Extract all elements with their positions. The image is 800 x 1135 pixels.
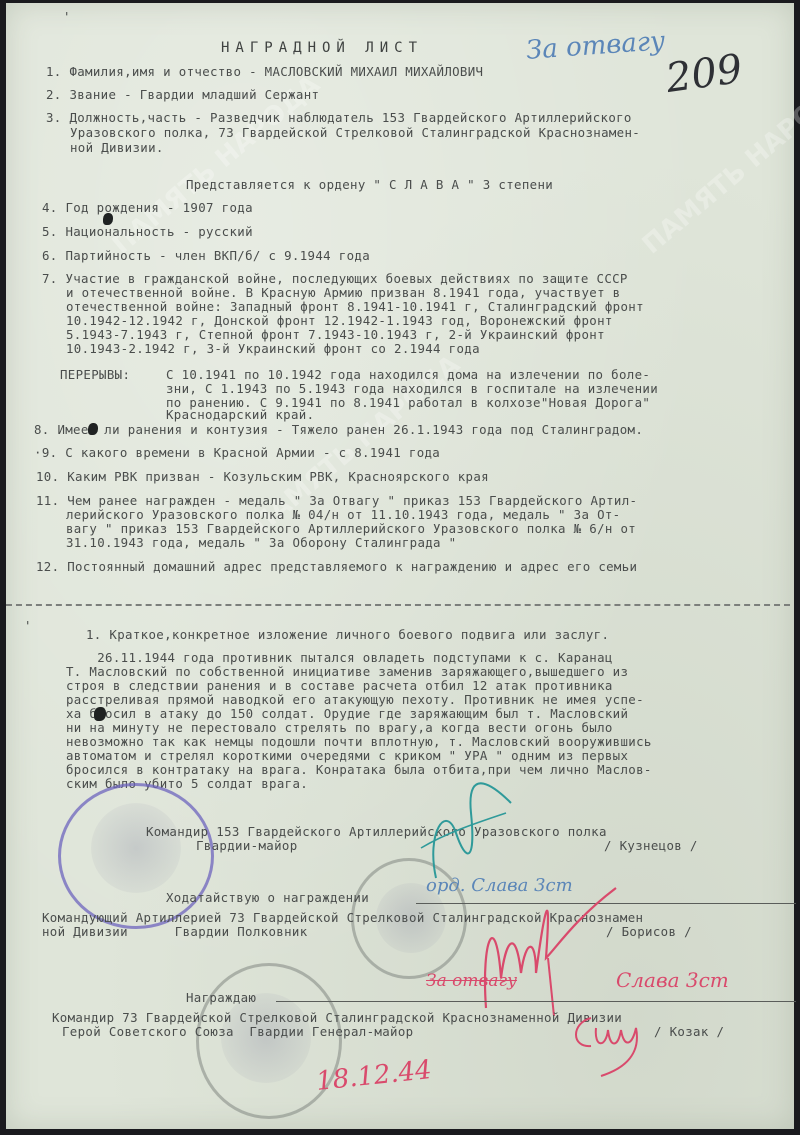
commander1-title: Командир 153 Гвардейского Артиллерийског…	[146, 825, 607, 839]
feat-line: автоматом и стрелял короткими очередями …	[66, 749, 628, 763]
field-7-line: 10.1942-12.1942 г, Донской фронт 12.1942…	[66, 314, 613, 328]
award-line	[276, 1001, 796, 1002]
field-2: 2. Звание - Гвардии младший Сержант	[46, 88, 319, 102]
nomination-line: Представляется к ордену " С Л А В А " 3 …	[186, 178, 553, 192]
handwritten-crossed-note: За отвагу	[426, 971, 517, 991]
field-11: 11. Чем ранее награжден - медаль " За От…	[36, 494, 637, 508]
commander1-rank: Гвардии-майор	[196, 839, 298, 853]
watermark: ПАМЯТЬ НАРОДА	[639, 72, 800, 258]
margin-mark: '	[63, 10, 71, 24]
feat-line: 26.11.1944 года противник пытался овладе…	[66, 651, 613, 665]
field-3-line: ной Дивизии.	[70, 141, 164, 155]
feat-line: расстреливая прямой наводкой его атакующ…	[66, 693, 644, 707]
section-divider	[6, 604, 790, 606]
feat-line: ха бросил в атаку до 150 солдат. Орудие …	[66, 707, 628, 721]
field-7-line: отечественной войне: Западный фронт 8.19…	[66, 300, 644, 314]
field-12: 12. Постоянный домашний адрес представля…	[36, 560, 637, 574]
commander3-title: Командир 73 Гвардейской Стрелковой Стали…	[52, 1011, 622, 1025]
field-3-line: Уразовского полка, 73 Гвардейской Стрелк…	[70, 126, 640, 140]
signature-borisov	[466, 878, 626, 1018]
margin-mark: '	[24, 619, 32, 633]
field-7-line: 10.1943-2.1942 г, 3-й Украинский фронт с…	[66, 342, 480, 356]
field-7-line: и отечественной войне. В Красную Армию п…	[66, 286, 621, 300]
award-label: Награждаю	[186, 991, 256, 1005]
field-4: 4. Год рождения - 1907 года	[42, 201, 253, 215]
signature-kuznetsov	[416, 793, 516, 883]
feat-line: невозможно так как немцы подошли почти в…	[66, 735, 652, 749]
stamp-emblem	[91, 803, 181, 893]
feat-line: Т. Масловский по собственной инициативе …	[66, 665, 628, 679]
signature-kozak	[566, 1008, 666, 1078]
handwritten-top-note: За отвагу	[525, 26, 666, 66]
breaks-line: Краснодарский край.	[166, 408, 314, 422]
field-11-line: лерийского Уразовского полка № 04/н от 1…	[66, 508, 621, 522]
field-7: 7. Участие в гражданской войне, последую…	[42, 272, 628, 286]
petition-label: Ходатайствую о награждении	[166, 891, 369, 905]
feat-line: бросился в контратаку на врага. Конратак…	[66, 763, 652, 777]
field-1: 1. Фамилия,имя и отчество - МАСЛОВСКИЙ М…	[46, 65, 483, 79]
ink-blot	[88, 423, 98, 435]
breaks-line: зни, С 1.1943 по 5.1943 года находился в…	[166, 382, 658, 396]
feat-heading: 1. Краткое,конкретное изложение личного …	[86, 628, 609, 642]
field-11-line: 31.10.1943 года, медаль " За Оборону Ста…	[66, 536, 457, 550]
commander1-name: / Кузнецов /	[604, 839, 698, 853]
award-sheet: ПАМЯТЬ НАРОДА ПАМЯТЬ НАРОДА ПАМЯТЬ НАРОД…	[6, 3, 794, 1129]
field-10: 10. Каким РВК призван - Козульским РВК, …	[36, 470, 489, 484]
feat-line: строя в следствии ранения и в составе ра…	[66, 679, 613, 693]
field-7-line: 5.1943-7.1943 г, Степной фронт 7.1943-10…	[66, 328, 605, 342]
document-title: НАГРАДНОЙ ЛИСТ	[221, 41, 423, 55]
field-6: 6. Партийность - член ВКП/б/ с 9.1944 го…	[42, 249, 370, 263]
handwritten-number: 209	[663, 46, 745, 102]
field-11-line: вагу " приказ 153 Гвардейского Артиллери…	[66, 522, 636, 536]
handwritten-award-note: Слава 3ст	[616, 968, 729, 992]
field-3: 3. Должность,часть - Разведчик наблюдате…	[46, 111, 632, 125]
commander3-rank: Герой Советского Союза Гвардии Генерал-м…	[62, 1025, 413, 1039]
field-8: 8. Имеет ли ранения и контузия - Тяжело …	[34, 423, 643, 437]
commander2-title-2: ной Дивизии Гвардии Полковник	[42, 925, 308, 939]
feat-line: ни на минуту не перестовало стрелять по …	[66, 721, 613, 735]
breaks-line: С 10.1941 по 10.1942 года находился дома…	[166, 368, 650, 382]
ink-blot	[94, 707, 106, 721]
breaks-label: ПЕРЕРЫВЫ:	[60, 368, 130, 382]
field-5: 5. Национальность - русский	[42, 225, 253, 239]
field-9: ·9. С какого времени в Красной Армии - с…	[34, 446, 440, 460]
